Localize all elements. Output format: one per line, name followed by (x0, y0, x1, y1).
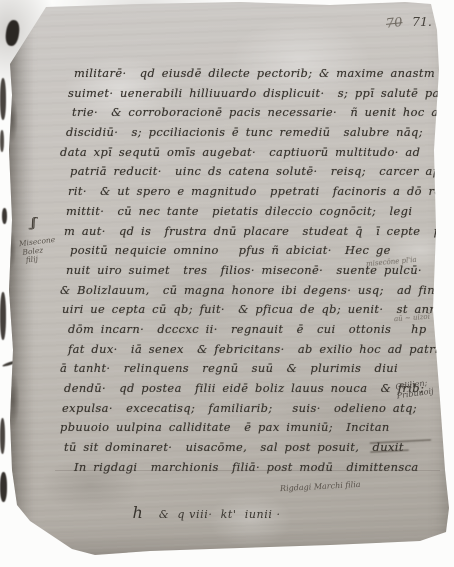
right-gloss-rigdagi: Rigdagi Marchi filia (280, 480, 361, 493)
explicit-initial: h (133, 503, 143, 522)
manuscript-line: mittit· cū nec tante pietatis dileccio c… (66, 202, 432, 222)
corner-notch (4, 19, 20, 47)
edge-blob (2, 208, 7, 224)
manuscript-line: ā tanht· relinquens regnū suū & plurimis… (60, 359, 432, 379)
old-folio-number: 70 (385, 15, 403, 32)
manuscript-line: militarē· qd eiusdē dilecte pectorib; & … (74, 64, 432, 84)
right-gloss-smudged: ~~~~ ~~~ ~~ ~~~ ~~ (370, 436, 432, 456)
manuscript-line: In rigdagi marchionis filiā· post modū d… (74, 458, 432, 478)
manuscript-line: discidiū· s; pcciliacionis ē tunc remedi… (66, 123, 432, 143)
left-margin-note: Misecone Bolez filij (19, 236, 58, 266)
parchment-page: 70 71. militarē· qd eiusdē dilecte pecto… (0, 0, 454, 567)
edge-blob (0, 418, 5, 454)
folio-number: 71. (412, 14, 432, 29)
manuscript-line: data xpī sequtū omīs augebat· captiuorū … (60, 143, 432, 163)
manuscript-line: patriā reducit· uinc ds catena solutē· r… (70, 162, 432, 182)
manuscript-line: rit· & ut spero e magnitudo ppetrati fac… (68, 182, 432, 202)
edge-blob (0, 472, 7, 502)
manuscript-line: uiri ue cepta cū qb; fuit· & pficua de q… (62, 300, 432, 320)
ruling-crease (55, 470, 440, 471)
manuscript-line: dendū· qd postea filii eidē boliz lauus … (64, 379, 432, 399)
left-margin-note-line: filij (21, 253, 58, 266)
edge-blob (0, 292, 6, 340)
explicit-line: h& q viii· kt' iunii · (102, 484, 281, 541)
manuscript-line: trie· & corroboracionē pacis necessarie·… (72, 103, 432, 123)
text-block: militarē· qd eiusdē dilecte pectorib; & … (60, 64, 432, 477)
edge-blob (0, 78, 6, 120)
manuscript-line: fat dux· iā senex & febricitans· ab exil… (68, 340, 432, 360)
explicit-date: & q viii· kt' iunii · (159, 508, 281, 521)
manuscript-line: expulsa· excecatisq; familiarib; suis· o… (62, 399, 432, 419)
manuscript-line: & Bolizlauum, cū magna honore ibi degens… (60, 281, 432, 301)
manuscript-photo: 70 71. militarē· qd eiusdē dilecte pecto… (0, 0, 454, 567)
manuscript-line: m aut· qd is frustra dnū placare studeat… (64, 222, 432, 242)
manuscript-line: dōm incarn· dcccxc ii· regnauit ē cui ot… (68, 320, 432, 340)
manuscript-line: positū nequicie omnino pfus ñ abiciat· H… (70, 241, 432, 261)
edge-blob (0, 130, 4, 152)
nota-mark: ʃʃ (31, 216, 34, 231)
manuscript-line: pbuuoio uulpina calliditate ē pax imuniū… (60, 418, 432, 438)
manuscript-line: suimet· uenerabili hilliuuardo displicui… (68, 84, 432, 104)
